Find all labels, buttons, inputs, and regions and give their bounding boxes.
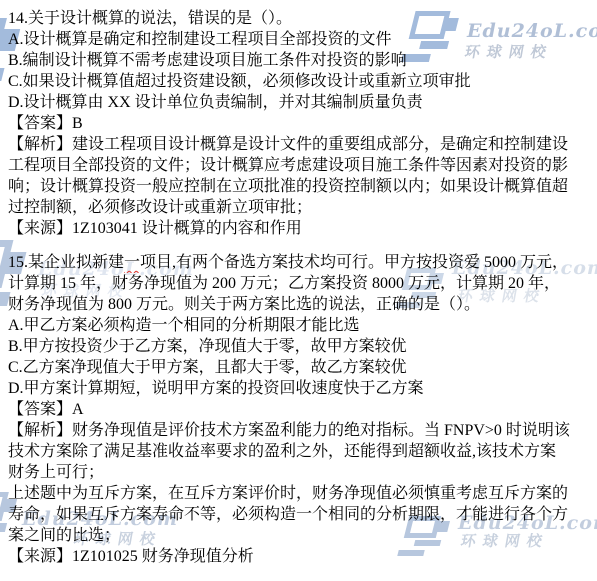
q14-question: 14.关于设计概算的说法，错误的是（）。 bbox=[8, 8, 591, 29]
q15-analysis-line: 上述题中为互斥方案，在互斥方案评价时，财务净现值必须慎重考虑互斥方案的 bbox=[8, 483, 591, 504]
q14-analysis-line: 过控制额，必须修改设计或重新立项审批； bbox=[8, 197, 591, 218]
spellcheck-underline-text: 一 bbox=[124, 254, 140, 271]
q14-analysis-line: 【解析】建设工程项目设计概算是设计文件的重要组成部分，是确定和控制建设 bbox=[8, 134, 591, 155]
q14-analysis-line: 工程项目全部投资的文件；设计概算应考虑建设项目施工条件等因素对投资的影 bbox=[8, 155, 591, 176]
q14-option-d: D.设计概算由 XX 设计单位负责编制，并对其编制质量负责 bbox=[8, 92, 591, 113]
exam-content: 14.关于设计概算的说法，错误的是（）。 A.设计概算是确定和控制建设工程项目全… bbox=[0, 0, 597, 567]
q15-analysis-line: 寿命，如果互斥方案寿命不等，必须构造一个相同的分析期限，才能进行各个方 bbox=[8, 504, 591, 525]
q15-question-line1: 15.某企业拟新建一项目,有两个备选方案技术均可行。甲方按投资爱 5000 万元… bbox=[8, 252, 591, 273]
q14-answer: 【答案】B bbox=[8, 113, 591, 134]
q14-option-b: B.编制设计概算不需考虑建设项目施工条件对投资的影响 bbox=[8, 50, 591, 71]
question-14-block: 14.关于设计概算的说法，错误的是（）。 A.设计概算是确定和控制建设工程项目全… bbox=[8, 8, 591, 239]
q15-question-line2: 计算期 15 年，财务净现值为 200 万元；乙方案投资 8000 万元，计算期… bbox=[8, 273, 591, 294]
q15-analysis-line: 财务上可行； bbox=[8, 462, 591, 483]
q14-source: 【来源】1Z103041 设计概算的内容和作用 bbox=[8, 218, 591, 239]
q15-option-a: A.甲乙方案必须构造一个相同的分析期限才能比选 bbox=[8, 315, 591, 336]
q15-answer: 【答案】A bbox=[8, 399, 591, 420]
q15-question-text: 15.某企业拟新建 bbox=[8, 254, 124, 271]
q15-question-text: 项目,有两个备选方案技术均可行。甲方按投资爱 5000 万元， bbox=[140, 254, 568, 271]
q15-question-line3: 财务净现值为 800 万元。则关于两方案比选的说法，正确的是（）。 bbox=[8, 294, 591, 315]
q15-analysis-line: 技术方案除了满足基准收益率要求的盈利之外，还能得到超额收益,该技术方案 bbox=[8, 441, 591, 462]
q14-option-a: A.设计概算是确定和控制建设工程项目全部投资的文件 bbox=[8, 29, 591, 50]
q15-analysis-line: 案之间的比选； bbox=[8, 525, 591, 546]
q14-option-c: C.如果设计概算值超过投资建设额，必须修改设计或重新立项审批 bbox=[8, 71, 591, 92]
q15-option-b: B.甲方按投资少于乙方案，净现值大于零，故甲方案较优 bbox=[8, 336, 591, 357]
q15-option-d: D.甲方案计算期短，说明甲方案的投资回收速度快于乙方案 bbox=[8, 378, 591, 399]
exam-document-page: Edu24oL.com 环球网校 Edu24oL.com 环球网校 Edu24o… bbox=[0, 0, 597, 581]
question-15-block: 15.某企业拟新建一项目,有两个备选方案技术均可行。甲方按投资爱 5000 万元… bbox=[8, 252, 591, 567]
q15-source: 【来源】1Z101025 财务净现值分析 bbox=[8, 546, 591, 567]
q14-analysis-line: 响；设计概算投资一般应控制在立项批准的投资控制额以内；如果设计概算值超 bbox=[8, 176, 591, 197]
q15-analysis-line: 【解析】财务净现值是评价技术方案盈利能力的绝对指标。当 FNPV>0 时说明该 bbox=[8, 420, 591, 441]
q15-option-c: C.乙方案净现值大于甲方案，且都大于零，故乙方案较优 bbox=[8, 357, 591, 378]
